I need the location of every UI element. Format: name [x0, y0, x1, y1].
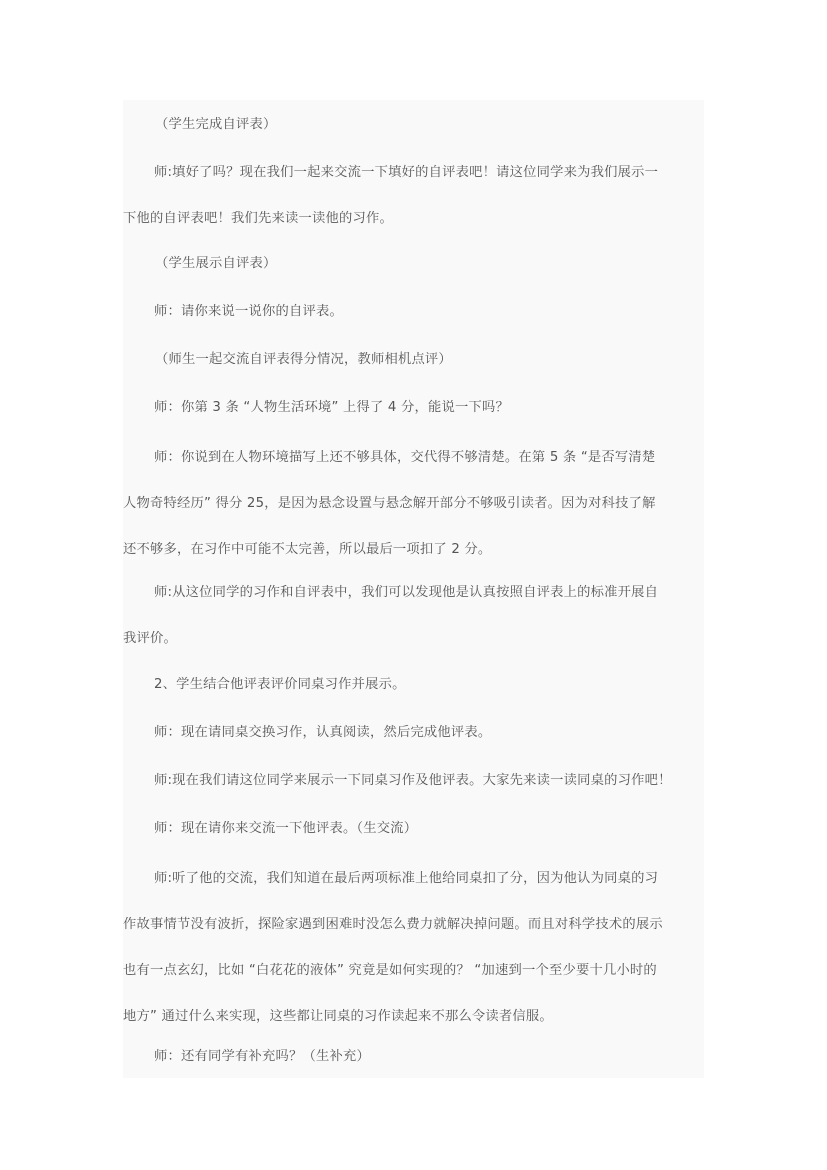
text-line: 师：还有同学有补充吗？（生补充） [123, 1034, 704, 1080]
text-line: 师:现在我们请这位同学来展示一下同桌习作及他评表。大家先来读一读同桌的习作吧！ [123, 758, 704, 804]
paragraph-teacher-ask-explain: 师：请你来说一说你的自评表。 [123, 289, 704, 335]
text-line: 师：你第 3 条 “人物生活环境” 上得了 4 分，能说一下吗？ [123, 385, 704, 431]
text-line: 师：现在请你来交流一下他评表。（生交流） [123, 806, 704, 852]
paragraph-teacher-peer-feedback: 师:听了他的交流，我们知道在最后两项标准上他给同桌扣了分，因为他认为同桌的习 作… [123, 856, 704, 1040]
text-line: （学生展示自评表） [123, 241, 704, 287]
paragraph-teacher-any-additions: 师：还有同学有补充吗？（生补充） [123, 1034, 704, 1080]
text-line: 师：请你来说一说你的自评表。 [123, 289, 704, 335]
paragraph-teacher-summary-self-eval: 师:从这位同学的习作和自评表中，我们可以发现他是认真按照自评表上的标准开展自 我… [123, 570, 704, 662]
paragraph-section-2-heading: 2、学生结合他评表评价同桌习作并展示。 [123, 662, 704, 708]
text-line: 也有一点玄幻，比如 “白花花的液体” 究竟是如何实现的？ “加速到一个至少要十几… [123, 948, 704, 994]
paragraph-teacher-item-3: 师：你第 3 条 “人物生活环境” 上得了 4 分，能说一下吗？ [123, 385, 704, 431]
text-line: 我评价。 [123, 616, 704, 662]
paragraph-score-discussion-note: （师生一起交流自评表得分情况，教师相机点评） [123, 337, 704, 383]
text-line: 下他的自评表吧！我们先来读一读他的习作。 [123, 196, 704, 242]
paragraph-teacher-peer-eval-share: 师：现在请你来交流一下他评表。（生交流） [123, 806, 704, 852]
text-line: 师:填好了吗？现在我们一起来交流一下填好的自评表吧！请这位同学来为我们展示一 [123, 150, 704, 196]
text-line: 师:从这位同学的习作和自评表中，我们可以发现他是认真按照自评表上的标准开展自 [123, 570, 704, 616]
document-page: （学生完成自评表） 师:填好了吗？现在我们一起来交流一下填好的自评表吧！请这位同… [123, 100, 704, 1078]
text-line: 还不够多，在习作中可能不太完善，所以最后一项扣了 2 分。 [123, 527, 704, 573]
paragraph-teacher-exchange-work: 师：现在请同桌交换习作，认真阅读，然后完成他评表。 [123, 710, 704, 756]
paragraph-teacher-feedback-items: 师：你说到在人物环境描写上还不够具体，交代得不够清楚。在第 5 条 “是否写清楚… [123, 435, 704, 573]
paragraph-teacher-filled-form: 师:填好了吗？现在我们一起来交流一下填好的自评表吧！请这位同学来为我们展示一 下… [123, 150, 704, 242]
text-line: 师:听了他的交流，我们知道在最后两项标准上他给同桌扣了分，因为他认为同桌的习 [123, 856, 704, 902]
paragraph-student-completes-self-eval: （学生完成自评表） [123, 102, 704, 148]
text-line: （师生一起交流自评表得分情况，教师相机点评） [123, 337, 704, 383]
text-line: （学生完成自评表） [123, 102, 704, 148]
text-line: 人物奇特经历” 得分 25，是因为悬念设置与悬念解开部分不够吸引读者。因为对科技… [123, 481, 704, 527]
text-line: 师：你说到在人物环境描写上还不够具体，交代得不够清楚。在第 5 条 “是否写清楚 [123, 435, 704, 481]
text-line: 作故事情节没有波折，探险家遇到困难时没怎么费力就解决掉问题。而且对科学技术的展示 [123, 902, 704, 948]
text-line: 师：现在请同桌交换习作，认真阅读，然后完成他评表。 [123, 710, 704, 756]
paragraph-teacher-show-peer-work: 师:现在我们请这位同学来展示一下同桌习作及他评表。大家先来读一读同桌的习作吧！ [123, 758, 704, 804]
paragraph-student-shows-self-eval: （学生展示自评表） [123, 241, 704, 287]
text-line: 2、学生结合他评表评价同桌习作并展示。 [123, 662, 704, 708]
